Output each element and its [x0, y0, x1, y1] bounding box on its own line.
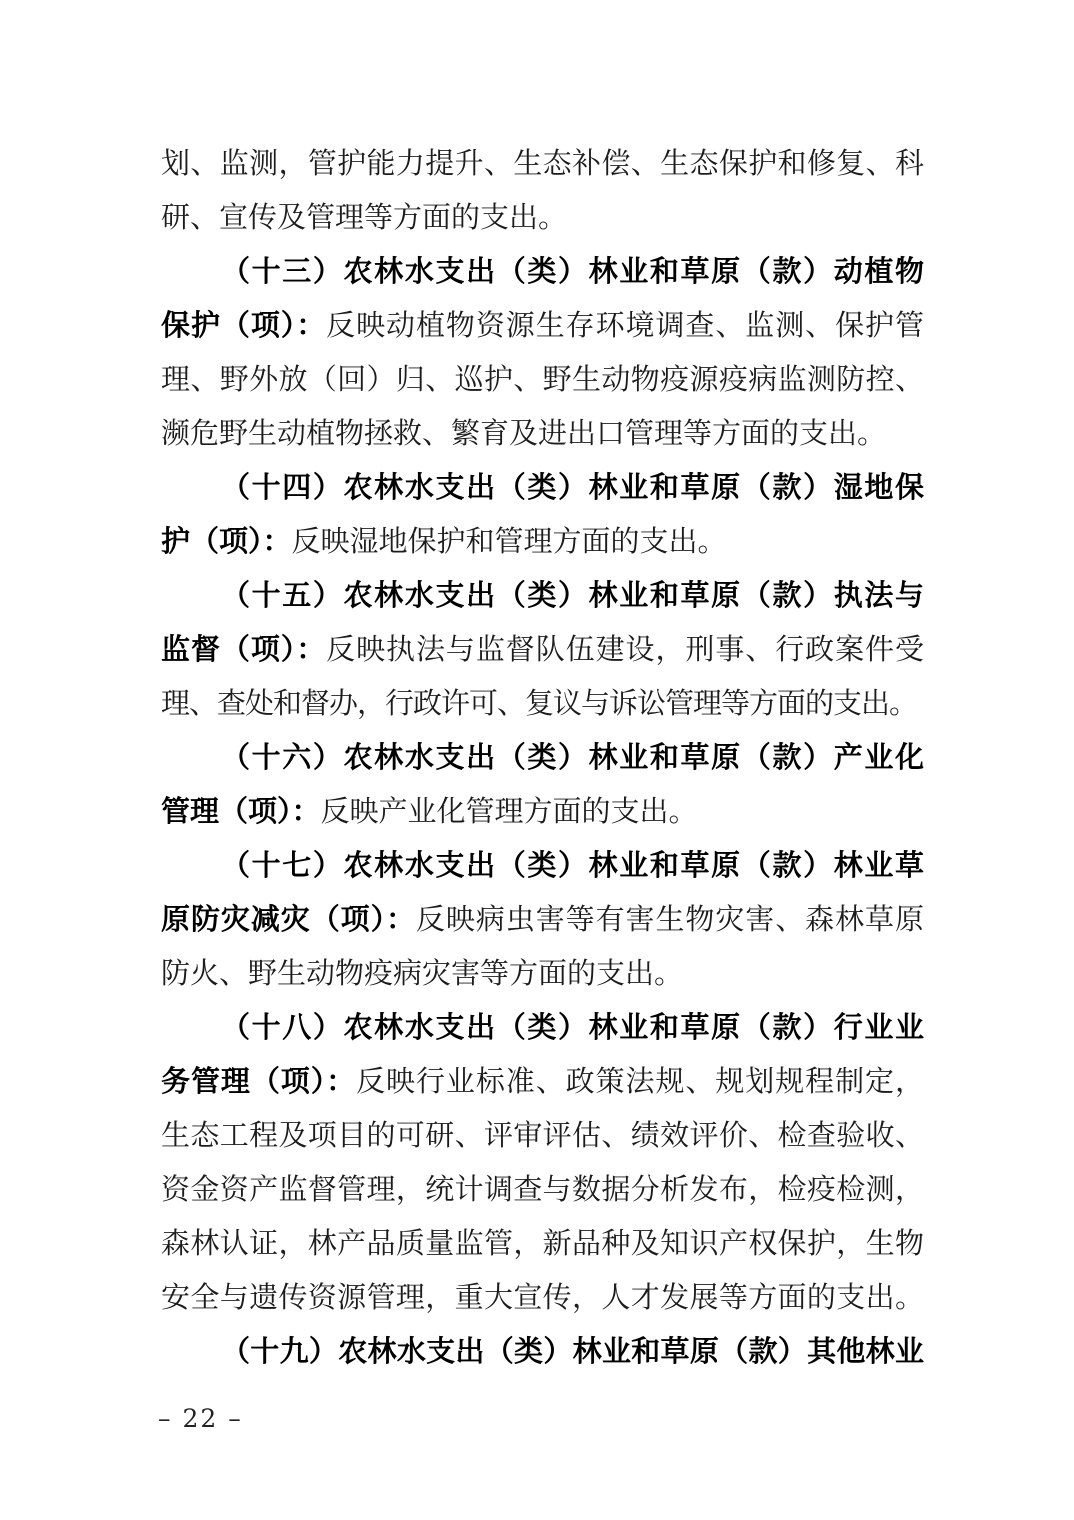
line-23-bold: （十九）农林水支出（类）林业和草原（款）其他林业 — [221, 1336, 924, 1368]
page-number: – 22 – — [158, 1404, 243, 1433]
text-line-17: （十八）农林水支出（类）林业和草原（款）行业业 — [161, 1001, 924, 1055]
text-line-1: 划、监测，管护能力提升、生态补偿、生态保护和修复、科 — [161, 137, 924, 191]
line-21-text: 森林认证，林产品质量监管，新品种及知识产权保护，生物 — [161, 1228, 924, 1260]
line-17-bold: （十八）农林水支出（类）林业和草原（款）行业业 — [221, 1012, 924, 1044]
line-16-text: 防火、野生动物疫病灾害等方面的支出。 — [161, 958, 683, 990]
line-14-bold: （十七）农林水支出（类）林业和草原（款）林业草 — [221, 850, 924, 882]
text-line-22: 安全与遗传资源管理，重大宣传，人才发展等方面的支出。 — [161, 1271, 924, 1325]
text-line-7: （十四）农林水支出（类）林业和草原（款）湿地保 — [161, 461, 924, 515]
text-line-19: 生态工程及项目的可研、评审评估、绩效评价、检查验收、 — [161, 1109, 924, 1163]
document-text-block: 划、监测，管护能力提升、生态补偿、生态保护和修复、科 研、宣传及管理等方面的支出… — [161, 137, 924, 1379]
line-19-text: 生态工程及项目的可研、评审评估、绩效评价、检查验收、 — [161, 1120, 924, 1152]
line-8-text: 反映湿地保护和管理方面的支出。 — [292, 526, 727, 558]
text-line-14: （十七）农林水支出（类）林业和草原（款）林业草 — [161, 839, 924, 893]
line-10-text: 反映执法与监督队伍建设，刑事、行政案件受 — [326, 634, 924, 666]
line-5-text: 理、野外放（回）归、巡护、野生动物疫源疫病监测防控、 — [161, 364, 924, 396]
line-3-bold: （十三）农林水支出（类）林业和草原（款）动植物 — [221, 256, 924, 288]
text-line-9: （十五）农林水支出（类）林业和草原（款）执法与 — [161, 569, 924, 623]
text-line-18: 务管理（项）：反映行业标准、政策法规、规划规程制定， — [161, 1055, 924, 1109]
text-line-5: 理、野外放（回）归、巡护、野生动物疫源疫病监测防控、 — [161, 353, 924, 407]
text-line-4: 保护（项）：反映动植物资源生存环境调查、监测、保护管 — [161, 299, 924, 353]
text-line-3: （十三）农林水支出（类）林业和草原（款）动植物 — [161, 245, 924, 299]
line-4-bold: 保护（项）： — [161, 310, 326, 342]
line-15-bold: 原防灾减灾（项）： — [161, 904, 416, 936]
text-line-16: 防火、野生动物疫病灾害等方面的支出。 — [161, 947, 924, 1001]
text-line-15: 原防灾减灾（项）：反映病虫害等有害生物灾害、森林草原 — [161, 893, 924, 947]
line-22-text: 安全与遗传资源管理，重大宣传，人才发展等方面的支出。 — [161, 1282, 924, 1314]
line-8-bold: 护（项）： — [161, 526, 292, 558]
line-11-text: 理、查处和督办，行政许可、复议与诉讼管理等方面的支出。 — [161, 688, 917, 720]
line-18-bold: 务管理（项）： — [161, 1066, 356, 1098]
line-20-text: 资金资产监督管理，统计调查与数据分析发布，检疫检测， — [161, 1174, 924, 1206]
line-1-text: 划、监测，管护能力提升、生态补偿、生态保护和修复、科 — [161, 148, 924, 180]
line-13-bold: 管理（项）： — [161, 796, 321, 828]
line-2-text: 研、宣传及管理等方面的支出。 — [161, 202, 567, 234]
text-line-12: （十六）农林水支出（类）林业和草原（款）产业化 — [161, 731, 924, 785]
text-line-23: （十九）农林水支出（类）林业和草原（款）其他林业 — [161, 1325, 924, 1379]
line-6-text: 濒危野生动植物拯救、繁育及进出口管理等方面的支出。 — [161, 418, 886, 450]
text-line-8: 护（项）：反映湿地保护和管理方面的支出。 — [161, 515, 924, 569]
text-line-20: 资金资产监督管理，统计调查与数据分析发布，检疫检测， — [161, 1163, 924, 1217]
line-10-bold: 监督（项）： — [161, 634, 326, 666]
line-18-text: 反映行业标准、政策法规、规划规程制定， — [356, 1066, 924, 1098]
text-line-13: 管理（项）：反映产业化管理方面的支出。 — [161, 785, 924, 839]
line-4-text: 反映动植物资源生存环境调查、监测、保护管 — [326, 310, 924, 342]
line-7-bold: （十四）农林水支出（类）林业和草原（款）湿地保 — [221, 472, 924, 504]
text-line-11: 理、查处和督办，行政许可、复议与诉讼管理等方面的支出。 — [161, 677, 924, 731]
text-line-2: 研、宣传及管理等方面的支出。 — [161, 191, 924, 245]
line-13-text: 反映产业化管理方面的支出。 — [321, 796, 698, 828]
line-12-bold: （十六）农林水支出（类）林业和草原（款）产业化 — [221, 742, 924, 774]
line-9-bold: （十五）农林水支出（类）林业和草原（款）执法与 — [221, 580, 924, 612]
text-line-6: 濒危野生动植物拯救、繁育及进出口管理等方面的支出。 — [161, 407, 924, 461]
text-line-21: 森林认证，林产品质量监管，新品种及知识产权保护，生物 — [161, 1217, 924, 1271]
line-15-text: 反映病虫害等有害生物灾害、森林草原 — [416, 904, 924, 936]
text-line-10: 监督（项）：反映执法与监督队伍建设，刑事、行政案件受 — [161, 623, 924, 677]
